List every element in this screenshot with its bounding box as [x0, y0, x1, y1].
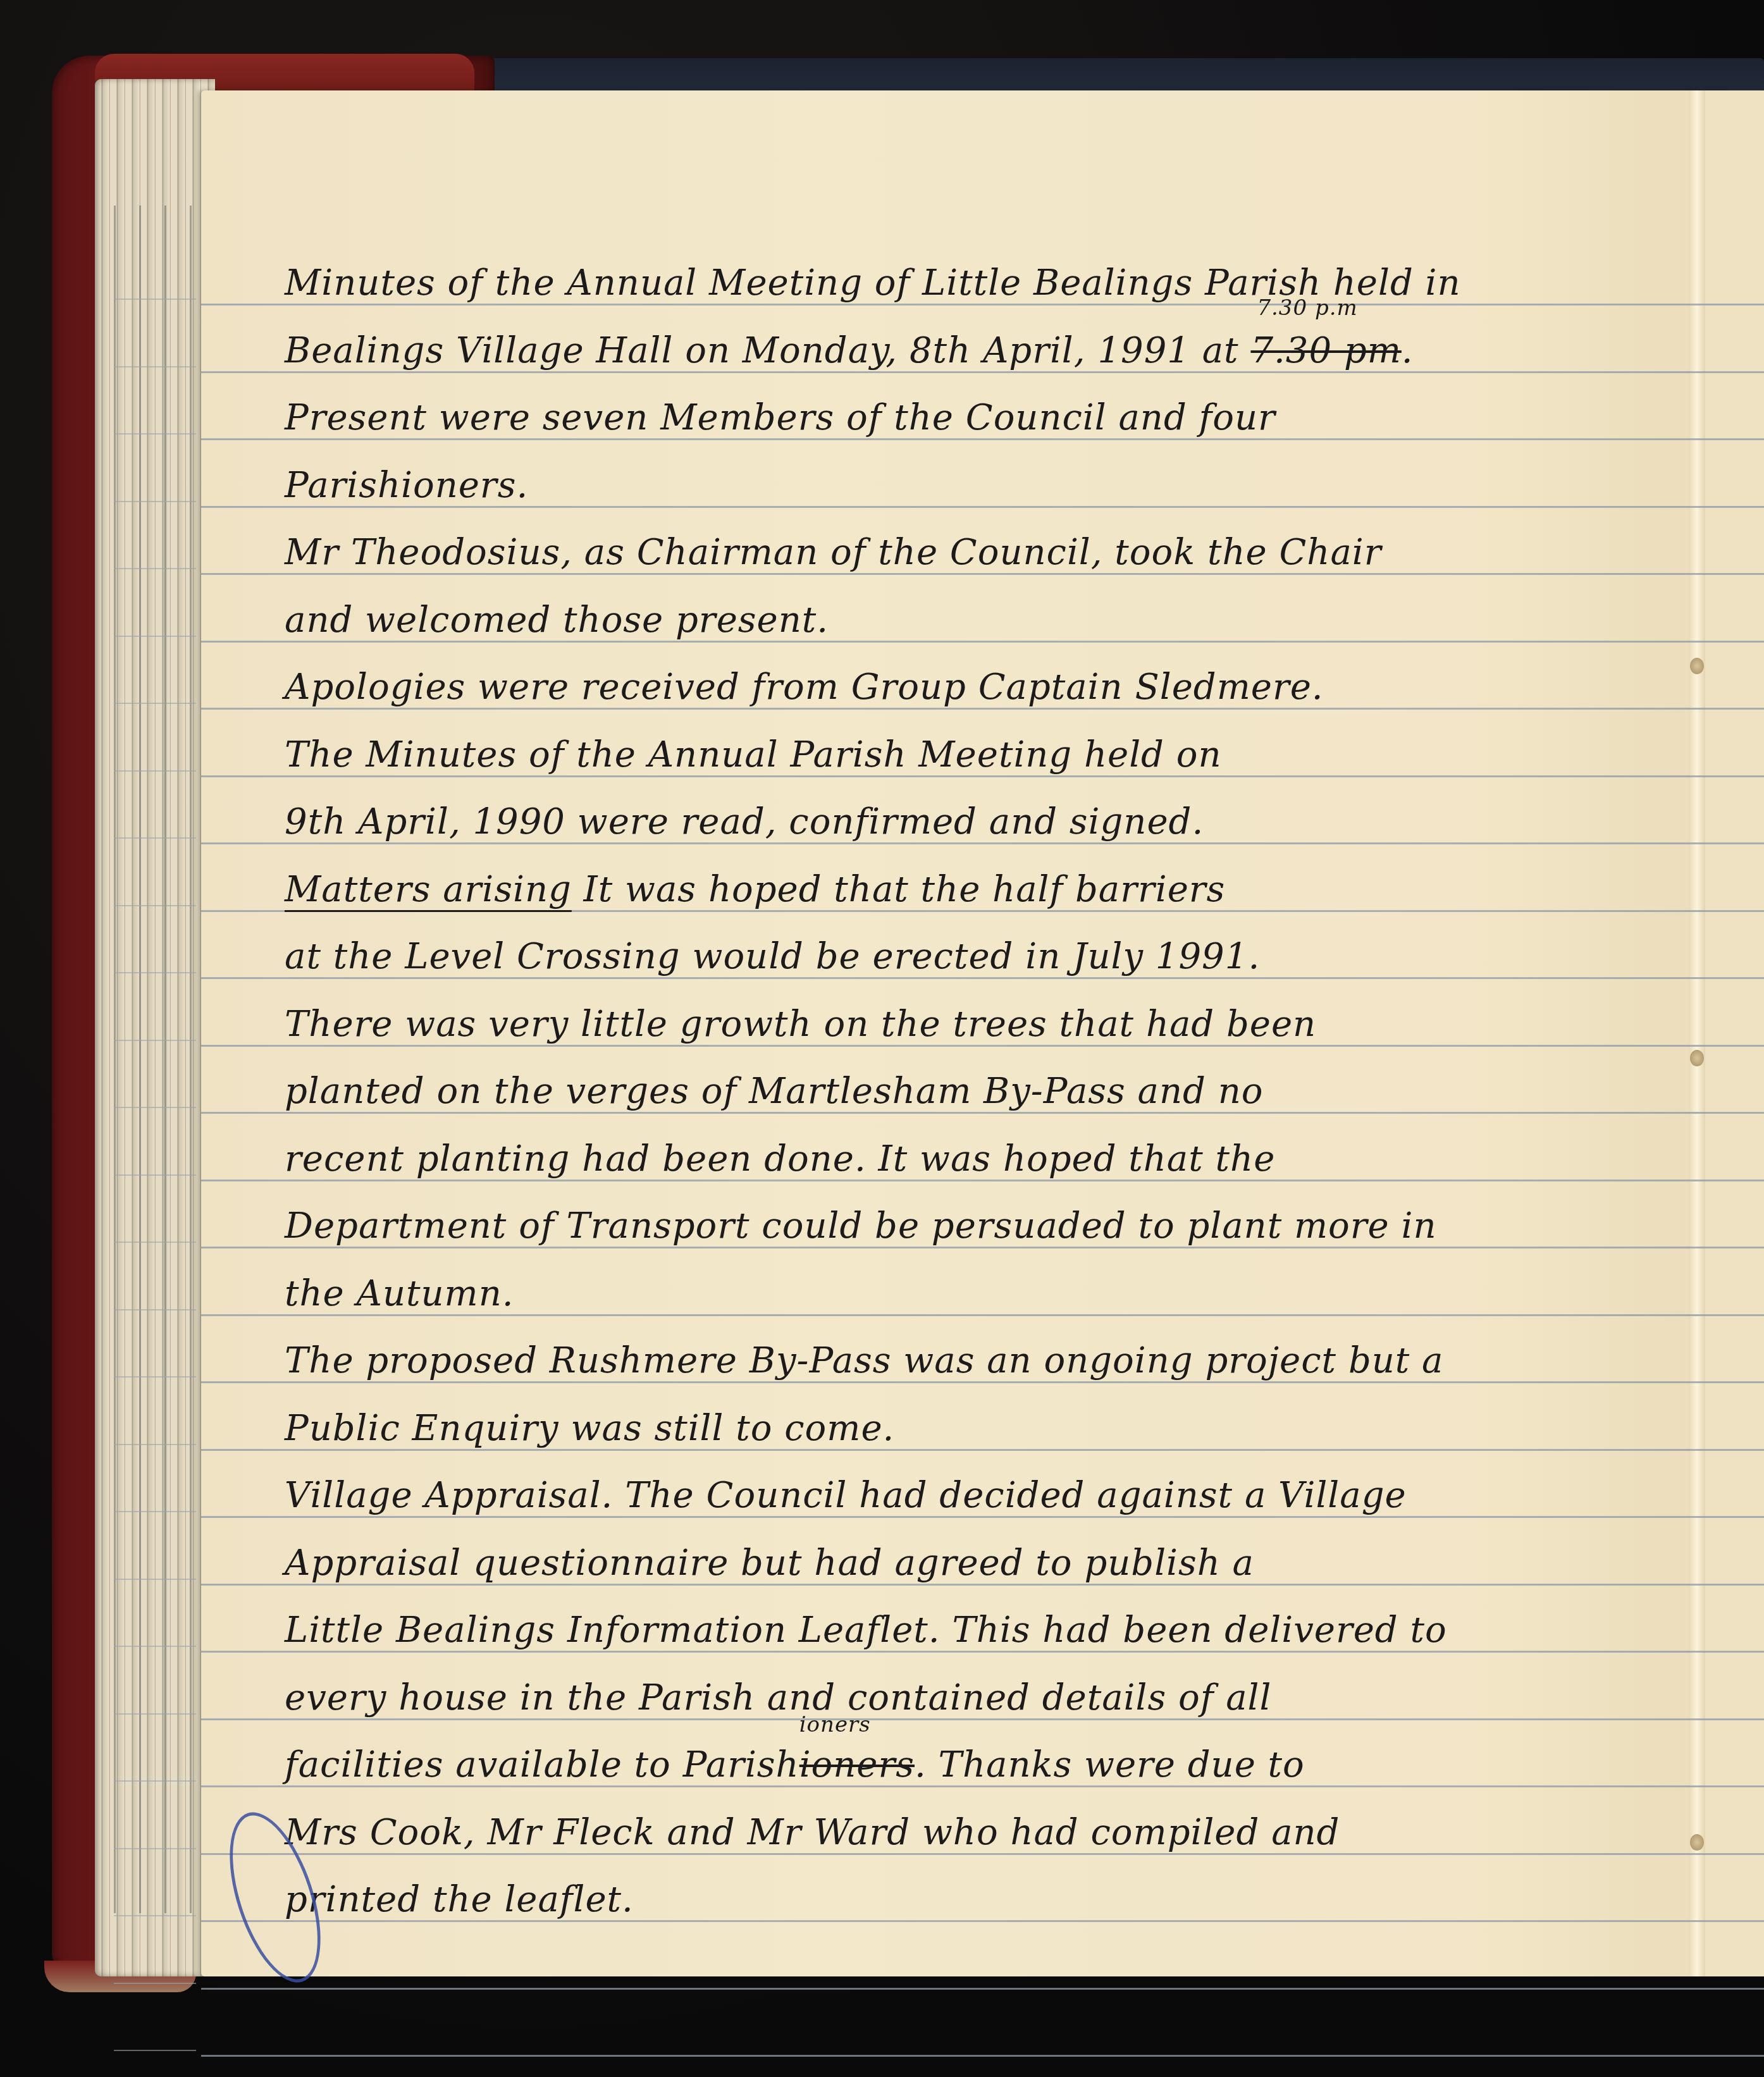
minutes-line: Village Appraisal. The Council had decid…: [285, 1462, 1676, 1530]
margin-ruled-line: [114, 1983, 196, 1984]
minutes-line: The proposed Rushmere By-Pass was an ong…: [285, 1328, 1676, 1395]
margin-ruled-line: [114, 972, 196, 973]
minutes-line: Apologies were received from Group Capta…: [285, 654, 1676, 722]
time-correction-insert: 7.30 p.m: [1257, 297, 1357, 319]
struck-time: 7.30 pm: [1250, 330, 1401, 371]
minutes-line: printed the leaflet.: [285, 1866, 1676, 1934]
margin-ruled-line: [114, 1040, 196, 1041]
minutes-line: There was very little growth on the tree…: [285, 991, 1676, 1059]
minutes-line: Parishioners.: [285, 452, 1676, 520]
minutes-line: Little Bealings Information Leaflet. Thi…: [285, 1597, 1676, 1665]
page-edge-line: [139, 206, 141, 1913]
meeting-minutes-text: Minutes of the Annual Meeting of Little …: [285, 250, 1676, 1934]
minutes-line: Mrs Cook, Mr Fleck and Mr Ward who had c…: [285, 1799, 1676, 1867]
book-gutter: [1689, 90, 1705, 1976]
margin-ruled-line: [114, 366, 196, 367]
struck-word: ioners: [799, 1744, 915, 1785]
margin-ruled-line: [114, 1242, 196, 1243]
minutes-line: Public Enquiry was still to come.: [285, 1395, 1676, 1463]
stacked-page-edges: [95, 79, 215, 1976]
minutes-line: the Autumn.: [285, 1260, 1676, 1328]
page-edge-line: [164, 206, 166, 1913]
ruled-line: [201, 2055, 1764, 2057]
minutes-line: Minutes of the Annual Meeting of Little …: [285, 250, 1676, 317]
page-edge-line: [190, 206, 192, 1913]
margin-ruled-line: [114, 1376, 196, 1377]
minutes-line: recent planting had been done. It was ho…: [285, 1126, 1676, 1193]
margin-ruled-line: [114, 568, 196, 569]
margin-ruled-line: [114, 1579, 196, 1580]
minutes-line: planted on the verges of Martlesham By-P…: [285, 1058, 1676, 1126]
minutes-line: at the Level Crossing would be erected i…: [285, 923, 1676, 991]
minutes-line: Department of Transport could be persuad…: [285, 1193, 1676, 1260]
margin-ruled-line: [114, 837, 196, 839]
minutes-line: 9th April, 1990 were read, confirmed and…: [285, 789, 1676, 856]
margin-ruled-line: [114, 433, 196, 435]
margin-ruled-line: [114, 770, 196, 772]
margin-ruled-line: [114, 905, 196, 906]
margin-ruled-line: [114, 1915, 196, 1916]
margin-ruled-line: [114, 1309, 196, 1310]
section-heading-matters-arising: Matters arising: [285, 869, 572, 910]
margin-ruled-line: [114, 1107, 196, 1108]
minutes-line: and welcomed those present.: [285, 587, 1676, 655]
minutes-line: The Minutes of the Annual Parish Meeting…: [285, 722, 1676, 789]
margin-ruled-line: [114, 501, 196, 502]
minutes-line: Bealings Village Hall on Monday, 8th Apr…: [285, 317, 1676, 385]
minutes-line: every house in the Parish and contained …: [285, 1665, 1676, 1732]
margin-ruled-line: [114, 299, 196, 300]
binding-stitch-knot: [1690, 658, 1704, 674]
minutes-line: facilities available to Parishionersione…: [285, 1732, 1676, 1799]
margin-ruled-line: [114, 1646, 196, 1647]
binding-stitch-knot: [1690, 1050, 1704, 1066]
margin-ruled-line: [114, 1780, 196, 1782]
facing-page-edge: [1705, 90, 1764, 1976]
ruled-line: [201, 1988, 1764, 1990]
margin-ruled-line: [114, 636, 196, 637]
margin-ruled-line: [114, 2050, 196, 2051]
margin-ruled-line: [114, 1174, 196, 1176]
word-correction-insert: ioners: [799, 1714, 871, 1735]
binding-stitch-knot: [1690, 1834, 1704, 1851]
margin-ruled-line: [114, 1848, 196, 1849]
margin-ruled-line: [114, 1713, 196, 1715]
minutes-line: Appraisal questionnaire but had agreed t…: [285, 1530, 1676, 1598]
minutes-line: Matters arising It was hoped that the ha…: [285, 856, 1676, 924]
margin-ruled-line: [114, 1511, 196, 1512]
minutes-line: Mr Theodosius, as Chairman of the Counci…: [285, 519, 1676, 587]
margin-ruled-line: [114, 1444, 196, 1445]
page-edge-line: [114, 206, 116, 1913]
minutes-line: Present were seven Members of the Counci…: [285, 385, 1676, 452]
margin-ruled-line: [114, 703, 196, 704]
